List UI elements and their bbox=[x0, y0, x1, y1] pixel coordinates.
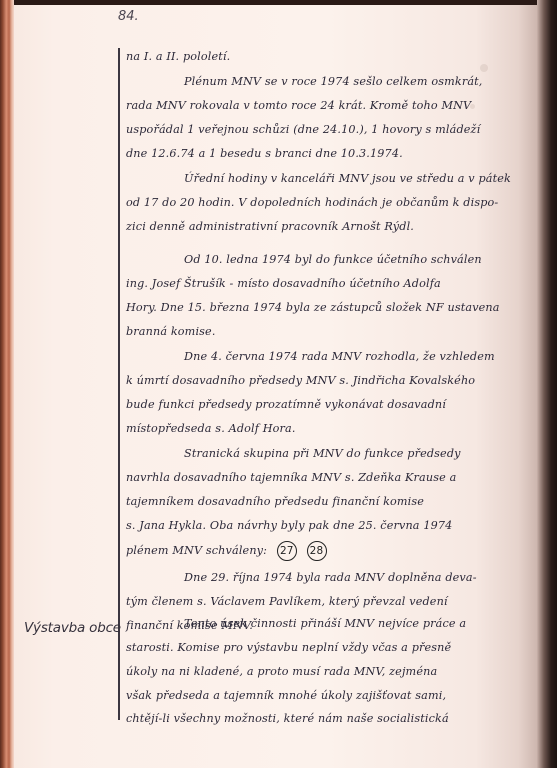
text-line: plénem MNV schváleny: 27 28 bbox=[126, 541, 327, 561]
book-binding bbox=[0, 0, 14, 768]
text-line: tajemníkem dosavadního předsedu finanční… bbox=[126, 495, 424, 508]
page-edge-shadow bbox=[537, 0, 557, 768]
text-line: Hory. Dne 15. března 1974 byla ze zástup… bbox=[126, 301, 500, 314]
text-segment: plénem MNV schváleny: bbox=[126, 544, 267, 557]
text-line: branná komise. bbox=[126, 325, 216, 338]
circled-reference: 28 bbox=[307, 541, 327, 561]
text-line: uspořádal 1 veřejnou schůzi (dne 24.10.)… bbox=[126, 123, 480, 136]
text-line: Stranická skupina při MNV do funkce před… bbox=[126, 447, 461, 460]
text-line: úkoly na ni kladené, a proto musí rada M… bbox=[126, 665, 437, 678]
page-number: 84. bbox=[118, 9, 139, 24]
text-line: s. Jana Hykla. Oba návrhy byly pak dne 2… bbox=[126, 519, 452, 532]
text-line: starosti. Komise pro výstavbu neplní vžd… bbox=[126, 641, 451, 654]
paper-stain bbox=[480, 64, 488, 72]
text-line: však předseda a tajemník mnohé úkoly zaj… bbox=[126, 689, 446, 702]
text-line: ing. Josef Štrušík - místo dosavadního ú… bbox=[126, 277, 441, 290]
circled-reference: 27 bbox=[277, 541, 297, 561]
text-line: k úmrtí dosavadního předsedy MNV s. Jind… bbox=[126, 374, 475, 387]
text-line: Plénum MNV se v roce 1974 sešlo celkem o… bbox=[126, 75, 483, 88]
text-line: místopředseda s. Adolf Hora. bbox=[126, 422, 296, 435]
text-line: navrhla dosavadního tajemníka MNV s. Zde… bbox=[126, 471, 456, 484]
text-line: dne 12.6.74 a 1 besedu s branci dne 10.3… bbox=[126, 147, 403, 160]
text-line: bude funkci předsedy prozatímně vykonáva… bbox=[126, 398, 446, 411]
text-line: Úřední hodiny v kanceláři MNV jsou ve st… bbox=[126, 172, 511, 185]
text-line: zici denně administrativní pracovník Arn… bbox=[126, 220, 414, 233]
text-line: Od 10. ledna 1974 byl do funkce účetního… bbox=[126, 253, 482, 266]
text-line: chtějí-li všechny možnosti, které nám na… bbox=[126, 712, 449, 725]
text-line: Tento úsek činnosti přináší MNV nejvíce … bbox=[126, 617, 466, 630]
margin-heading: Výstavba obce bbox=[24, 620, 121, 636]
text-line: na I. a II. pololetí. bbox=[126, 50, 230, 63]
text-line: rada MNV rokovala v tomto roce 24 krát. … bbox=[126, 99, 471, 112]
text-line: tým členem s. Václavem Pavlíkem, který p… bbox=[126, 595, 448, 608]
text-line: Dne 4. června 1974 rada MNV rozhodla, že… bbox=[126, 350, 495, 363]
text-line: od 17 do 20 hodin. V dopoledních hodinác… bbox=[126, 196, 498, 209]
top-shadow bbox=[0, 0, 557, 5]
text-line: Dne 29. října 1974 byla rada MNV doplněn… bbox=[126, 571, 477, 584]
